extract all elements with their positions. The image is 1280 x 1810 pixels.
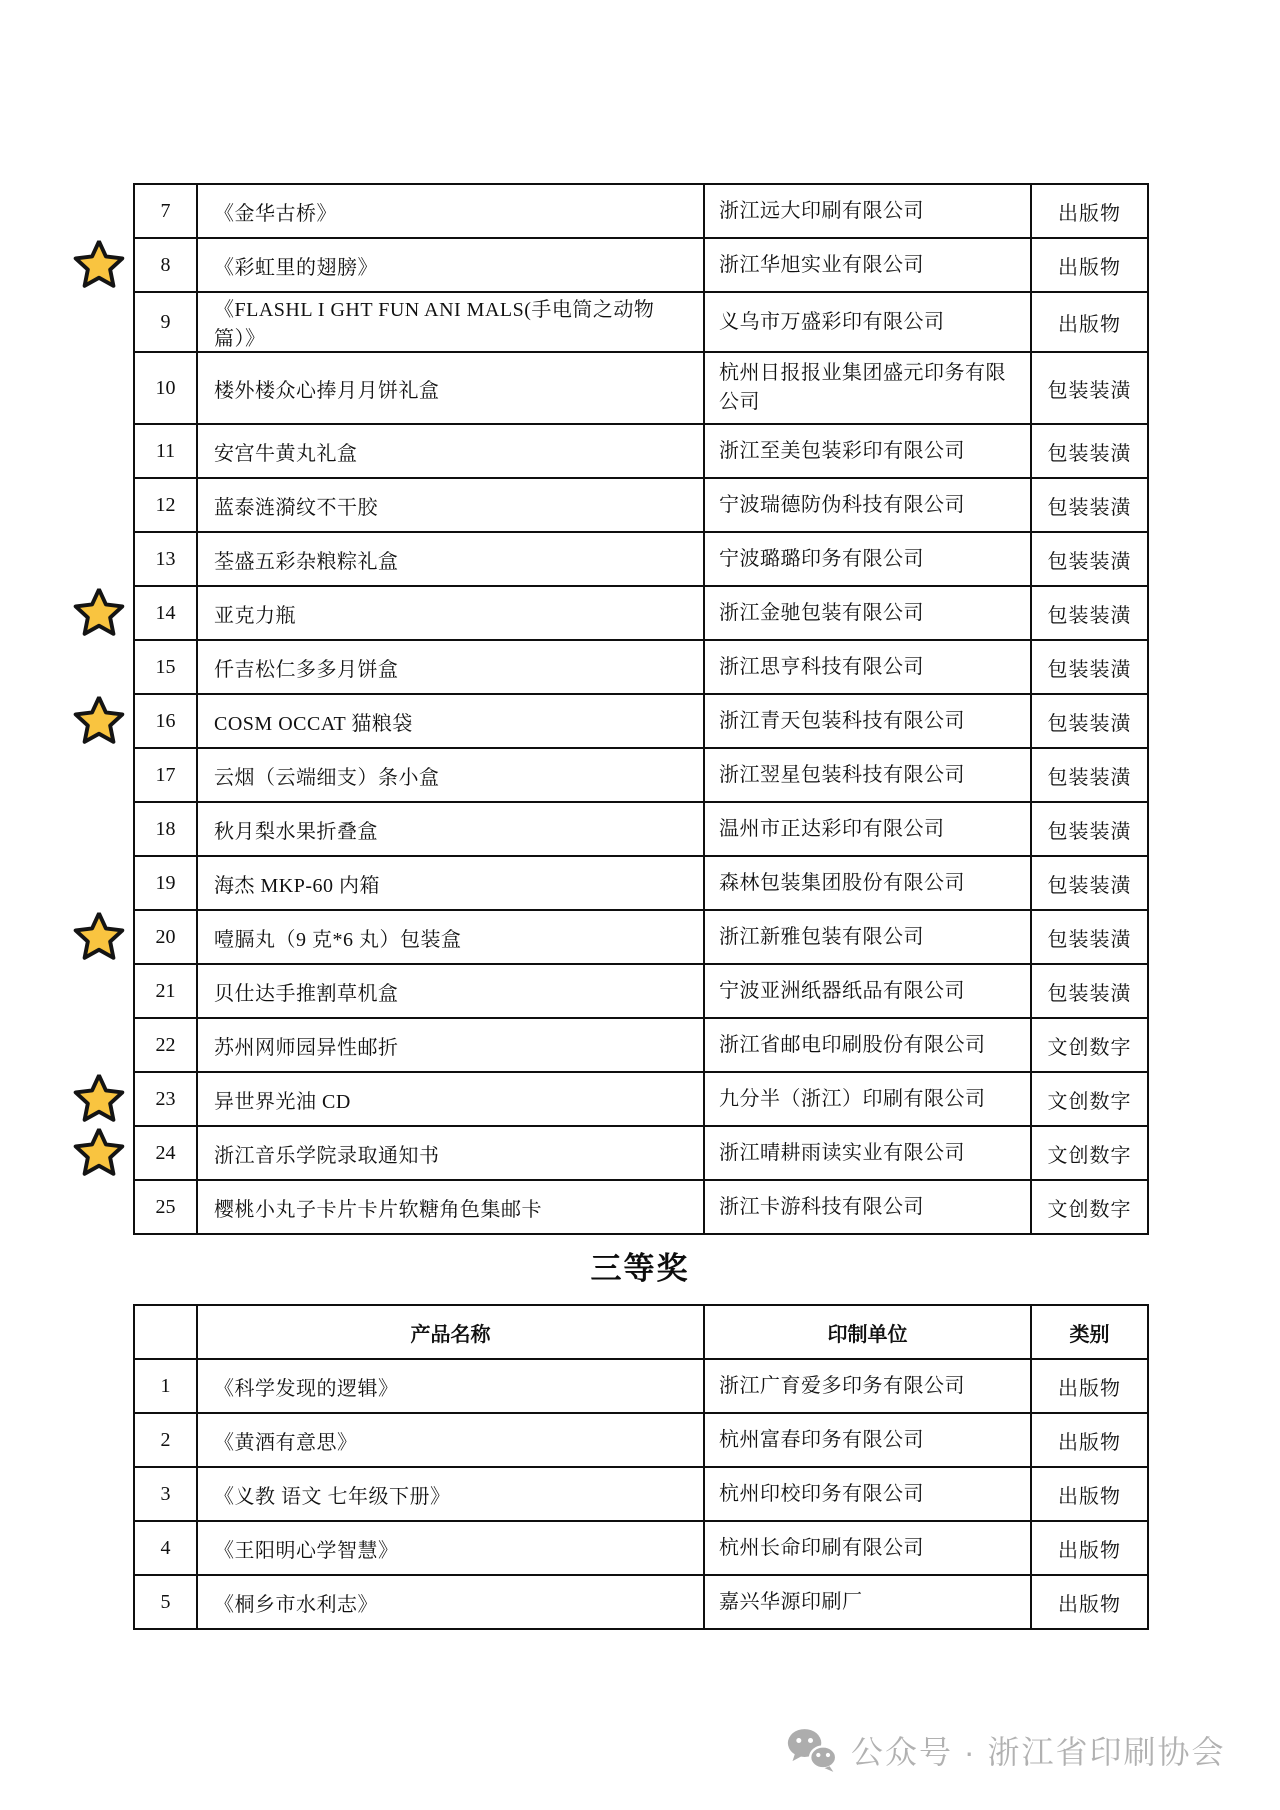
row-number-cell: 14 (134, 586, 197, 640)
row-number-cell: 16 (134, 694, 197, 748)
category-cell: 包装装潢 (1031, 748, 1148, 802)
category-cell: 出版物 (1031, 184, 1148, 238)
category-cell: 包装装潢 (1031, 856, 1148, 910)
row-number: 22 (156, 1034, 176, 1056)
watermark: 公众号 · 浙江省印刷协会 (786, 1726, 1225, 1774)
row-number-cell: 8 (134, 238, 197, 292)
printer-cell: 浙江远大印刷有限公司 (704, 184, 1031, 238)
category-cell: 包装装潢 (1031, 640, 1148, 694)
section-title-third-prize: 三等奖 (133, 1243, 1147, 1288)
product-name-cell: 海杰 MKP-60 内箱 (197, 856, 704, 910)
star-marker (72, 697, 126, 746)
row-number: 15 (156, 656, 176, 678)
row-number-cell: 12 (134, 478, 197, 532)
table-row: 8《彩虹里的翅膀》浙江华旭实业有限公司出版物 (134, 238, 1148, 292)
row-number-cell: 20 (134, 910, 197, 964)
product-name-cell: 樱桃小丸子卡片卡片软糖角色集邮卡 (197, 1180, 704, 1234)
row-number-cell: 7 (134, 184, 197, 238)
product-name-cell: 贝仕达手推割草机盒 (197, 964, 704, 1018)
row-number-cell: 24 (134, 1126, 197, 1180)
row-number-cell: 3 (134, 1467, 197, 1521)
star-marker (72, 241, 126, 290)
table-row: 11安宫牛黄丸礼盒浙江至美包装彩印有限公司包装装潢 (134, 424, 1148, 478)
printer-cell: 浙江卡游科技有限公司 (704, 1180, 1031, 1234)
row-number-cell: 13 (134, 532, 197, 586)
row-number: 2 (161, 1429, 171, 1451)
table-row: 9《FLASHL I GHT FUN ANI MALS(手电筒之动物篇）》义乌市… (134, 292, 1148, 352)
product-name-cell: 云烟（云端细支）条小盒 (197, 748, 704, 802)
product-name-cell: 荃盛五彩杂粮粽礼盒 (197, 532, 704, 586)
row-number: 7 (161, 200, 171, 222)
document-page: 7《金华古桥》浙江远大印刷有限公司出版物8《彩虹里的翅膀》浙江华旭实业有限公司出… (0, 0, 1280, 1810)
printer-cell: 温州市正达彩印有限公司 (704, 802, 1031, 856)
table-row: 22苏州网师园异性邮折浙江省邮电印刷股份有限公司文创数字 (134, 1018, 1148, 1072)
printer-cell: 宁波瑞德防伪科技有限公司 (704, 478, 1031, 532)
star-icon (72, 589, 126, 638)
printer-cell: 浙江至美包装彩印有限公司 (704, 424, 1031, 478)
table-row: 2《黄酒有意思》杭州富春印务有限公司出版物 (134, 1413, 1148, 1467)
row-number: 20 (156, 926, 176, 948)
row-number: 11 (156, 440, 175, 462)
table-row: 3《义教 语文 七年级下册》杭州印校印务有限公司出版物 (134, 1467, 1148, 1521)
category-cell: 出版物 (1031, 1467, 1148, 1521)
category-cell: 包装装潢 (1031, 964, 1148, 1018)
product-name-cell: 《FLASHL I GHT FUN ANI MALS(手电筒之动物篇）》 (197, 292, 704, 352)
printer-cell: 浙江华旭实业有限公司 (704, 238, 1031, 292)
printer-cell: 杭州长命印刷有限公司 (704, 1521, 1031, 1575)
printer-cell: 浙江青天包装科技有限公司 (704, 694, 1031, 748)
product-name-cell: 浙江音乐学院录取通知书 (197, 1126, 704, 1180)
row-number: 14 (156, 602, 176, 624)
category-cell: 包装装潢 (1031, 352, 1148, 424)
product-name-cell: 异世界光油 CD (197, 1072, 704, 1126)
product-name-cell: 亚克力瓶 (197, 586, 704, 640)
table-row: 17云烟（云端细支）条小盒浙江翌星包装科技有限公司包装装潢 (134, 748, 1148, 802)
table-row: 7《金华古桥》浙江远大印刷有限公司出版物 (134, 184, 1148, 238)
star-icon (72, 697, 126, 746)
row-number: 18 (156, 818, 176, 840)
watermark-text: 公众号 · 浙江省印刷协会 (851, 1727, 1225, 1773)
printer-cell: 浙江翌星包装科技有限公司 (704, 748, 1031, 802)
row-number-cell: 5 (134, 1575, 197, 1629)
category-cell: 包装装潢 (1031, 910, 1148, 964)
category-cell: 文创数字 (1031, 1180, 1148, 1234)
product-name-cell: 楼外楼众心捧月月饼礼盒 (197, 352, 704, 424)
star-icon (72, 1129, 126, 1178)
row-number: 24 (156, 1142, 176, 1164)
category-cell: 包装装潢 (1031, 694, 1148, 748)
category-cell: 出版物 (1031, 1359, 1148, 1413)
row-number: 21 (156, 980, 176, 1002)
product-name-cell: 《王阳明心学智慧》 (197, 1521, 704, 1575)
category-cell: 包装装潢 (1031, 802, 1148, 856)
row-number-cell: 9 (134, 292, 197, 352)
table-row: 19海杰 MKP-60 内箱森林包装集团股份有限公司包装装潢 (134, 856, 1148, 910)
star-marker (72, 589, 126, 638)
category-cell: 文创数字 (1031, 1072, 1148, 1126)
product-name-cell: 《义教 语文 七年级下册》 (197, 1467, 704, 1521)
star-marker (72, 913, 126, 962)
header-product-name: 产品名称 (197, 1305, 704, 1359)
star-marker (72, 1075, 126, 1124)
awards-table-continued: 7《金华古桥》浙江远大印刷有限公司出版物8《彩虹里的翅膀》浙江华旭实业有限公司出… (133, 183, 1149, 1235)
product-name-cell: 《黄酒有意思》 (197, 1413, 704, 1467)
printer-cell: 九分半（浙江）印刷有限公司 (704, 1072, 1031, 1126)
row-number: 8 (161, 254, 171, 276)
printer-cell: 宁波璐璐印务有限公司 (704, 532, 1031, 586)
row-number: 19 (156, 872, 176, 894)
category-cell: 包装装潢 (1031, 424, 1148, 478)
row-number: 13 (156, 548, 176, 570)
row-number-cell: 25 (134, 1180, 197, 1234)
printer-cell: 浙江省邮电印刷股份有限公司 (704, 1018, 1031, 1072)
table-row: 10楼外楼众心捧月月饼礼盒杭州日报报业集团盛元印务有限公司包装装潢 (134, 352, 1148, 424)
category-cell: 出版物 (1031, 1575, 1148, 1629)
product-name-cell: 蓝泰涟漪纹不干胶 (197, 478, 704, 532)
row-number: 9 (161, 311, 171, 333)
table-row: 21贝仕达手推割草机盒宁波亚洲纸器纸品有限公司包装装潢 (134, 964, 1148, 1018)
row-number-cell: 15 (134, 640, 197, 694)
row-number-cell: 11 (134, 424, 197, 478)
product-name-cell: 安宫牛黄丸礼盒 (197, 424, 704, 478)
row-number-cell: 22 (134, 1018, 197, 1072)
row-number-cell: 18 (134, 802, 197, 856)
row-number: 23 (156, 1088, 176, 1110)
row-number: 10 (156, 377, 176, 399)
table-row: 15仟吉松仁多多月饼盒浙江思亨科技有限公司包装装潢 (134, 640, 1148, 694)
product-name-cell: 噎膈丸（9 克*6 丸）包装盒 (197, 910, 704, 964)
table-row: 20噎膈丸（9 克*6 丸）包装盒浙江新雅包装有限公司包装装潢 (134, 910, 1148, 964)
printer-cell: 杭州日报报业集团盛元印务有限公司 (704, 352, 1031, 424)
header-number (134, 1305, 197, 1359)
row-number: 25 (156, 1196, 176, 1218)
printer-cell: 浙江新雅包装有限公司 (704, 910, 1031, 964)
category-cell: 出版物 (1031, 1413, 1148, 1467)
category-cell: 出版物 (1031, 238, 1148, 292)
product-name-cell: 《彩虹里的翅膀》 (197, 238, 704, 292)
printer-cell: 森林包装集团股份有限公司 (704, 856, 1031, 910)
product-name-cell: 《金华古桥》 (197, 184, 704, 238)
row-number-cell: 10 (134, 352, 197, 424)
table-row: 14亚克力瓶浙江金驰包装有限公司包装装潢 (134, 586, 1148, 640)
table-row: 5《桐乡市水利志》嘉兴华源印刷厂出版物 (134, 1575, 1148, 1629)
product-name-cell: 仟吉松仁多多月饼盒 (197, 640, 704, 694)
category-cell: 包装装潢 (1031, 586, 1148, 640)
product-name-cell: 苏州网师园异性邮折 (197, 1018, 704, 1072)
table-row: 1《科学发现的逻辑》浙江广育爱多印务有限公司出版物 (134, 1359, 1148, 1413)
row-number-cell: 2 (134, 1413, 197, 1467)
row-number: 16 (156, 710, 176, 732)
star-marker (72, 1129, 126, 1178)
star-icon (72, 1075, 126, 1124)
category-cell: 包装装潢 (1031, 532, 1148, 586)
third-prize-table: 产品名称 印制单位 类别 1《科学发现的逻辑》浙江广育爱多印务有限公司出版物2《… (133, 1304, 1149, 1630)
printer-cell: 义乌市万盛彩印有限公司 (704, 292, 1031, 352)
product-name-cell: 秋月梨水果折叠盒 (197, 802, 704, 856)
printer-cell: 嘉兴华源印刷厂 (704, 1575, 1031, 1629)
row-number-cell: 4 (134, 1521, 197, 1575)
product-name-cell: 《科学发现的逻辑》 (197, 1359, 704, 1413)
printer-cell: 杭州富春印务有限公司 (704, 1413, 1031, 1467)
header-category: 类别 (1031, 1305, 1148, 1359)
printer-cell: 浙江晴耕雨读实业有限公司 (704, 1126, 1031, 1180)
row-number: 1 (161, 1375, 171, 1397)
table-row: 16COSM OCCAT 猫粮袋浙江青天包装科技有限公司包装装潢 (134, 694, 1148, 748)
row-number-cell: 19 (134, 856, 197, 910)
row-number: 12 (156, 494, 176, 516)
star-icon (72, 913, 126, 962)
printer-cell: 杭州印校印务有限公司 (704, 1467, 1031, 1521)
header-printer: 印制单位 (704, 1305, 1031, 1359)
row-number-cell: 23 (134, 1072, 197, 1126)
table-row: 18秋月梨水果折叠盒温州市正达彩印有限公司包装装潢 (134, 802, 1148, 856)
row-number: 3 (161, 1483, 171, 1505)
row-number: 17 (156, 764, 176, 786)
table-row: 4《王阳明心学智慧》杭州长命印刷有限公司出版物 (134, 1521, 1148, 1575)
table-row: 13荃盛五彩杂粮粽礼盒宁波璐璐印务有限公司包装装潢 (134, 532, 1148, 586)
printer-cell: 宁波亚洲纸器纸品有限公司 (704, 964, 1031, 1018)
category-cell: 出版物 (1031, 1521, 1148, 1575)
category-cell: 文创数字 (1031, 1126, 1148, 1180)
row-number-cell: 1 (134, 1359, 197, 1413)
table-row: 24浙江音乐学院录取通知书浙江晴耕雨读实业有限公司文创数字 (134, 1126, 1148, 1180)
row-number: 5 (161, 1591, 171, 1613)
star-icon (72, 241, 126, 290)
row-number: 4 (161, 1537, 171, 1559)
table-header-row: 产品名称 印制单位 类别 (134, 1305, 1148, 1359)
table-row: 23异世界光油 CD九分半（浙江）印刷有限公司文创数字 (134, 1072, 1148, 1126)
row-number-cell: 17 (134, 748, 197, 802)
printer-cell: 浙江金驰包装有限公司 (704, 586, 1031, 640)
category-cell: 包装装潢 (1031, 478, 1148, 532)
product-name-cell: 《桐乡市水利志》 (197, 1575, 704, 1629)
category-cell: 出版物 (1031, 292, 1148, 352)
wechat-icon (786, 1726, 838, 1774)
printer-cell: 浙江思亨科技有限公司 (704, 640, 1031, 694)
category-cell: 文创数字 (1031, 1018, 1148, 1072)
table-row: 25樱桃小丸子卡片卡片软糖角色集邮卡浙江卡游科技有限公司文创数字 (134, 1180, 1148, 1234)
product-name-cell: COSM OCCAT 猫粮袋 (197, 694, 704, 748)
printer-cell: 浙江广育爱多印务有限公司 (704, 1359, 1031, 1413)
row-number-cell: 21 (134, 964, 197, 1018)
table-row: 12蓝泰涟漪纹不干胶宁波瑞德防伪科技有限公司包装装潢 (134, 478, 1148, 532)
